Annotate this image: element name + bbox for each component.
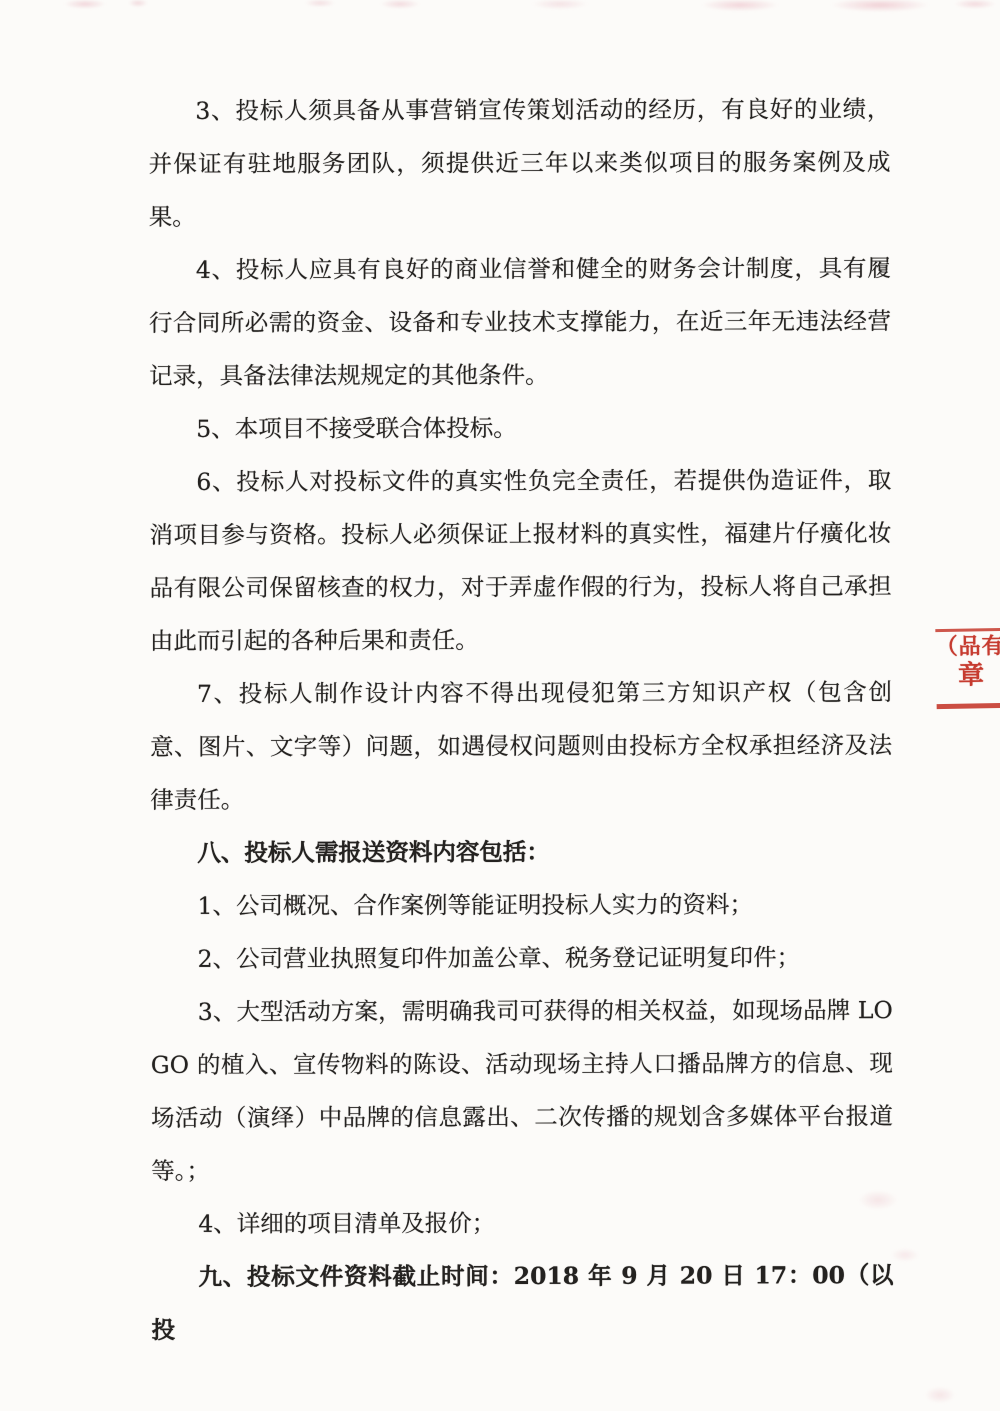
scanned-document-page: 3、投标人须具备从事营销宣传策划活动的经历，有良好的业绩，并保证有驻地服务团队，… xyxy=(0,0,1000,1411)
stamp-text-line-1: （品有限 xyxy=(935,634,1000,658)
document-body: 3、投标人须具备从事营销宣传策划活动的经历，有良好的业绩，并保证有驻地服务团队，… xyxy=(148,83,893,1357)
clause-6: 6、投标人对投标文件的真实性负完全责任，若提供伪造证件，取消项目参与资格。投标人… xyxy=(149,454,892,668)
scan-bleed-smudges-top xyxy=(0,0,1000,16)
item-8-4: 4、详细的项目清单及报价； xyxy=(151,1196,893,1251)
item-8-3: 3、大型活动方案，需明确我司可获得的相关权益，如现场品牌 LOGO 的植入、宣传… xyxy=(151,984,894,1198)
clause-7: 7、投标人制作设计内容不得出现侵犯第三方知识产权（包含创意、图片、文字等）问题，… xyxy=(150,666,892,827)
section-9-heading: 九、投标文件资料截止时间：2018 年 9 月 20 日 17：00（以投 xyxy=(151,1249,893,1357)
clause-5: 5、本项目不接受联合体投标。 xyxy=(149,401,891,456)
company-seal-stamp: （品有限 章 xyxy=(935,627,1000,709)
item-8-1: 1、公司概况、合作案例等能证明投标人实力的资料； xyxy=(150,878,892,933)
section-8-heading: 八、投标人需报送资料内容包括： xyxy=(150,825,892,880)
item-8-2: 2、公司营业执照复印件加盖公章、税务登记证明复印件； xyxy=(151,931,893,986)
clause-3: 3、投标人须具备从事营销宣传策划活动的经历，有良好的业绩，并保证有驻地服务团队，… xyxy=(148,83,890,244)
clause-4: 4、投标人应具有良好的商业信誉和健全的财务会计制度，具有履行合同所必需的资金、设… xyxy=(149,242,891,403)
stamp-text-line-2: 章 xyxy=(958,661,1000,689)
